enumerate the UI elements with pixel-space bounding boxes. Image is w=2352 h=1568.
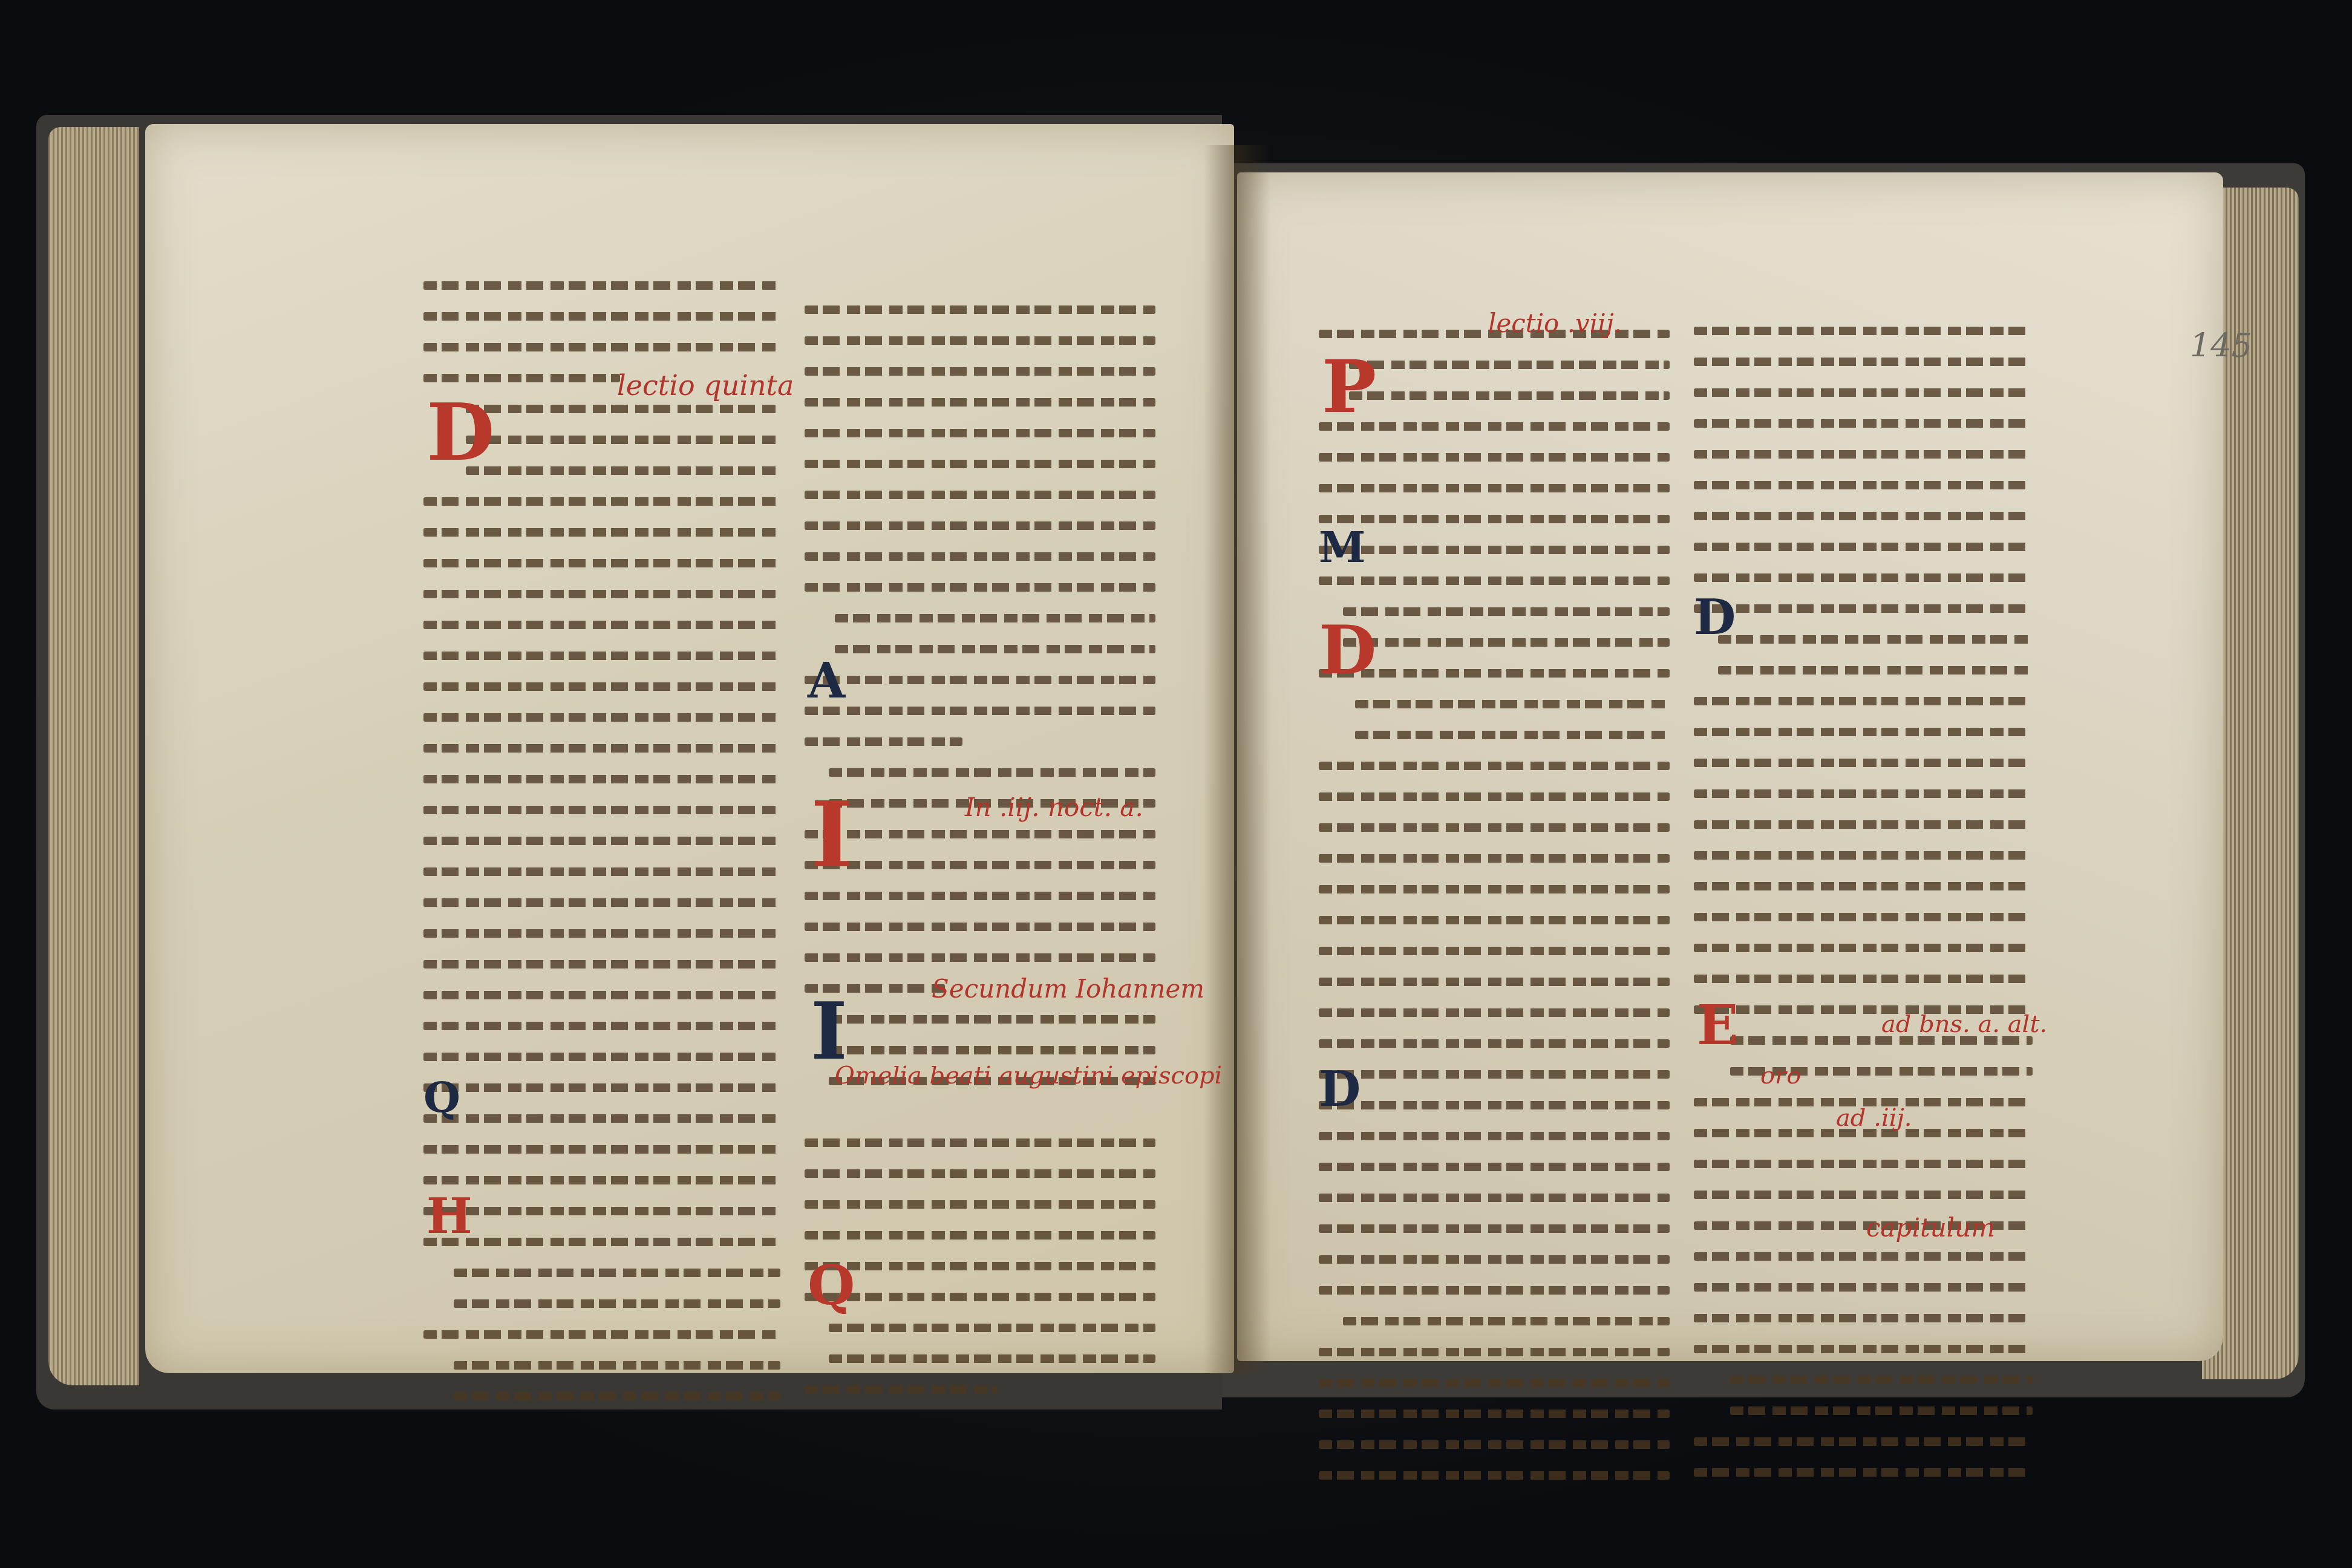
rubric-ad-bns: ad bns. a. alt. bbox=[1881, 1010, 2047, 1038]
rubric-in-iij-noct: In .iij. noct. a. bbox=[965, 792, 1143, 822]
initial-I-blue: I bbox=[811, 992, 848, 1071]
initial-I-red: I bbox=[811, 789, 853, 880]
initial-E: E bbox=[1697, 998, 1739, 1053]
left-page-column-2 bbox=[805, 305, 1155, 1416]
initial-A: A bbox=[808, 656, 845, 705]
rubric-oro: oro bbox=[1760, 1062, 1801, 1089]
initial-D-blue: D bbox=[1319, 1065, 1361, 1113]
right-page-column-1 bbox=[1319, 330, 1670, 1502]
initial-D-blue-col2: D bbox=[1694, 593, 1736, 641]
initial-Q-red: Q bbox=[808, 1258, 855, 1313]
rubric-omelia-augustini: Omelia beati augustini episcopi bbox=[835, 1062, 1222, 1089]
initial-M: M bbox=[1319, 526, 1366, 569]
initial-Q: Q bbox=[423, 1077, 460, 1119]
rubric-ad-iij: ad .iij. bbox=[1836, 1104, 1912, 1132]
initial-P: P bbox=[1322, 351, 1376, 423]
initial-D-red: D bbox=[1319, 617, 1376, 684]
left-page-edges bbox=[48, 127, 139, 1385]
right-page-column-2 bbox=[1694, 327, 2033, 1499]
folio-number: 145 bbox=[2190, 327, 2252, 365]
open-manuscript: lectio quinta D Q H A In .iij. noct. a. … bbox=[36, 109, 2311, 1410]
initial-H: H bbox=[426, 1192, 472, 1240]
rubric-lectio-viij: lectio .viij. bbox=[1488, 309, 1622, 338]
rubric-lectio-quinta: lectio quinta bbox=[617, 369, 794, 402]
rubric-capitulum: capitulum bbox=[1866, 1213, 1995, 1243]
initial-D: D bbox=[426, 393, 495, 472]
gutter-shadow bbox=[1204, 145, 1270, 1373]
rubric-secundum-iohannem: Secundum Iohannem bbox=[932, 974, 1204, 1004]
